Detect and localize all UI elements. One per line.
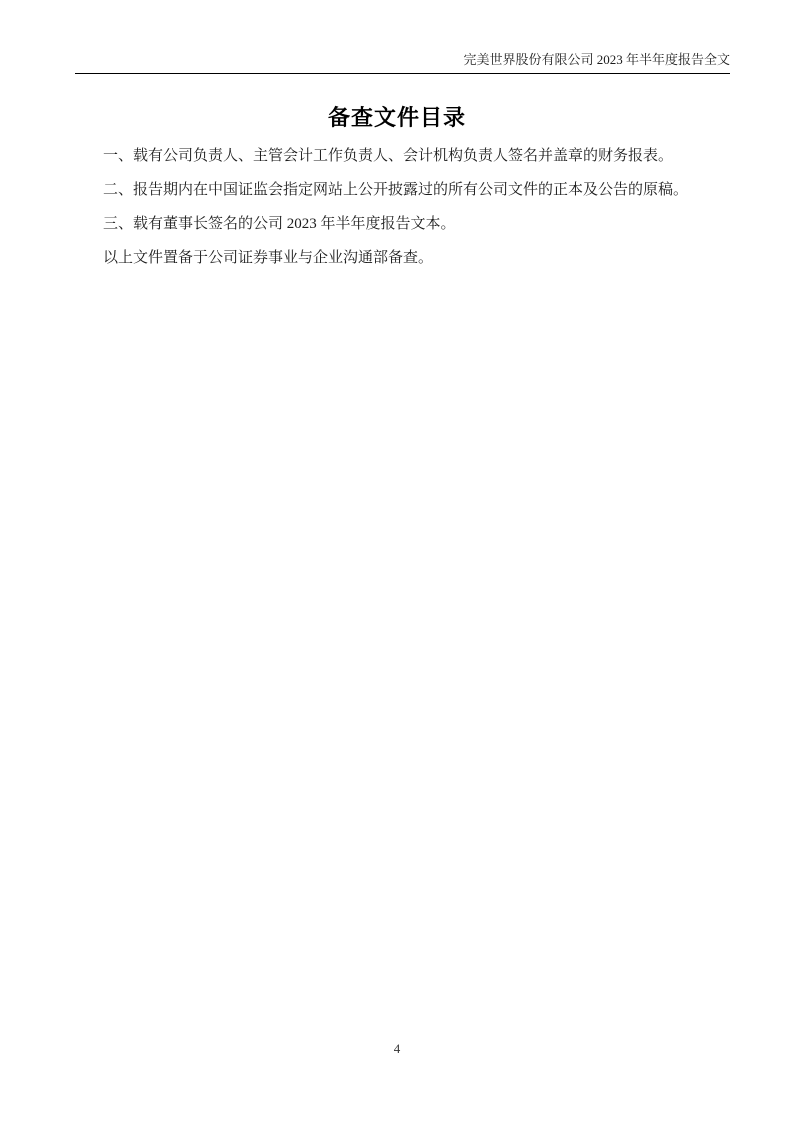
- list-item-disclosed-documents: 二、报告期内在中国证监会指定网站上公开披露过的所有公司文件的正本及公告的原稿。: [103, 182, 648, 198]
- page-footer: 4: [0, 1041, 794, 1057]
- page-number: 4: [394, 1041, 401, 1056]
- report-page: 完美世界股份有限公司 2023 年半年度报告全文 备查文件目录 一、载有公司负责…: [0, 0, 794, 1123]
- list-item-financial-statements: 一、载有公司负责人、主管会计工作负责人、会计机构负责人签名并盖章的财务报表。: [103, 148, 648, 164]
- page-title: 备查文件目录: [0, 101, 794, 132]
- running-header: 完美世界股份有限公司 2023 年半年度报告全文: [75, 0, 730, 74]
- list-item-signed-report: 三、载有董事长签名的公司 2023 年半年度报告文本。: [103, 216, 648, 232]
- document-body: 一、载有公司负责人、主管会计工作负责人、会计机构负责人签名并盖章的财务报表。 二…: [103, 148, 648, 284]
- running-header-text: 完美世界股份有限公司 2023 年半年度报告全文: [463, 52, 730, 67]
- closing-note: 以上文件置备于公司证券事业与企业沟通部备查。: [103, 250, 648, 266]
